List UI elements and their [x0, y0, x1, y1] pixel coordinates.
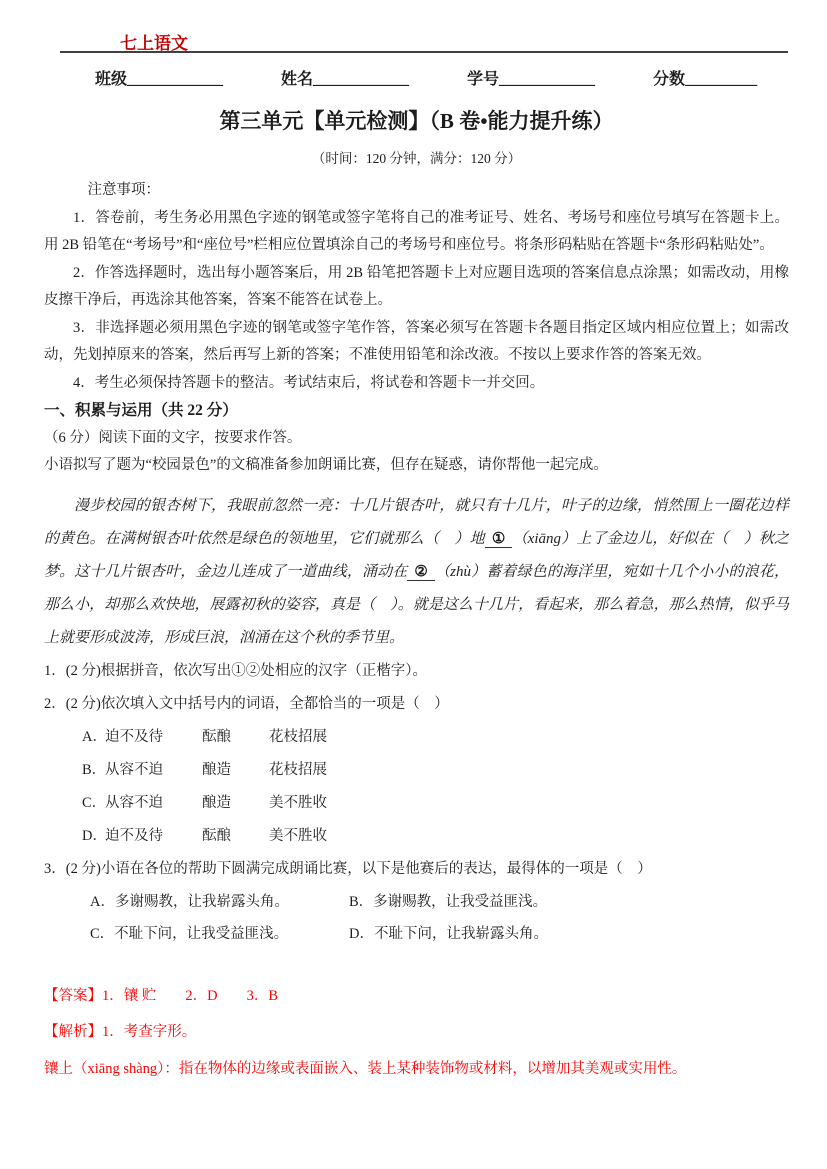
field-class: 班级____________ [95, 68, 223, 92]
question-2: 2．(2 分)依次填入文中括号内的词语，全都恰当的一项是（ ） [44, 688, 789, 721]
analysis-label: 【解析】 [44, 1024, 102, 1040]
exam-time-score: （时间：120 分钟，满分：120 分） [44, 149, 789, 169]
explanation-line: 镶上（xiāng shàng）：指在物体的边缘或表面嵌入、装上某种装饰物或材料，… [44, 1051, 789, 1088]
option-word-3: 美不胜收 [269, 828, 327, 844]
question-3-options-row-1: A．多谢赐教，让我崭露头角。 B．多谢赐教，让我受益匪浅。 [44, 886, 789, 918]
field-name-blank: ____________ [313, 71, 409, 88]
field-name: 姓名____________ [281, 68, 409, 92]
notice-item: 2．作答选择题时，选出每小题答案后，用 2B 铅笔把答题卡上对应题目选项的答案信… [44, 260, 789, 315]
pinyin-blank-1: ① [485, 531, 513, 548]
option-word-1: 从容不迫 [105, 787, 202, 820]
question-3-option-a: A．多谢赐教，让我崭露头角。 [90, 886, 349, 918]
question-3: 3．(2 分)小语在各位的帮助下圆满完成朗诵比赛，以下是他赛后的表达，最得体的一… [44, 853, 789, 886]
exam-title: 第三单元【单元检测】（B 卷•能力提升练） [44, 106, 789, 136]
section-heading: 一、积累与运用（共 22 分） [44, 397, 789, 425]
field-class-blank: ____________ [127, 71, 223, 88]
header-rule [60, 51, 788, 53]
answer-label: 【答案】 [44, 988, 102, 1004]
option-word-2: 酝酿 [202, 721, 269, 754]
option-word-3: 花枝招展 [269, 762, 327, 778]
option-label: B． [82, 754, 105, 787]
question-2-option-b: B．从容不迫酿造花枝招展 [44, 754, 789, 787]
notice-item: 4．考生必须保持答题卡的整洁。考试结束后，将试卷和答题卡一并交回。 [44, 370, 789, 398]
reading-passage: 漫步校园的银杏树下，我眼前忽然一亮：十几片银杏叶，就只有十几片，叶子的边缘，悄然… [44, 490, 789, 655]
field-score: 分数_________ [653, 68, 757, 92]
question-2-option-c: C．从容不迫酿造美不胜收 [44, 787, 789, 820]
exam-body: 班级____________ 姓名____________ 学号________… [44, 68, 789, 1087]
notice-heading: 注意事项： [44, 177, 789, 205]
question-2-option-d: D．迫不及待酝酿美不胜收 [44, 820, 789, 853]
option-word-2: 酿造 [202, 787, 269, 820]
option-word-3: 花枝招展 [269, 729, 327, 745]
section-intro-1: （6 分）阅读下面的文字，按要求作答。 [44, 425, 789, 453]
student-info-row: 班级____________ 姓名____________ 学号________… [44, 68, 789, 92]
analysis-line: 【解析】1．考查字形。 [44, 1014, 789, 1051]
question-3-option-d: D．不耻下问，让我崭露头角。 [349, 918, 548, 950]
field-student-id: 学号____________ [467, 68, 595, 92]
field-class-label: 班级 [95, 71, 127, 88]
option-label: D． [82, 820, 105, 853]
notice-item: 3．非选择题必须用黑色字迹的钢笔或签字笔作答，答案必须写在答题卡各题目指定区域内… [44, 315, 789, 370]
pinyin-blank-2: ② [407, 564, 435, 581]
answer-line: 【答案】1．镶 贮 2．D 3．B [44, 978, 789, 1015]
question-3-option-c: C．不耻下问，让我受益匪浅。 [90, 918, 349, 950]
option-word-2: 酿造 [202, 754, 269, 787]
option-label: A． [82, 721, 105, 754]
field-student-id-blank: ____________ [499, 71, 595, 88]
notice-item: 1．答卷前，考生务必用黑色字迹的钢笔或签字笔将自己的准考证号、姓名、考场号和座位… [44, 205, 789, 260]
analysis-text: 1．考查字形。 [102, 1024, 196, 1040]
option-word-2: 酝酿 [202, 820, 269, 853]
field-name-label: 姓名 [281, 71, 313, 88]
question-3-option-b: B．多谢赐教，让我受益匪浅。 [349, 886, 547, 918]
question-2-option-a: A．迫不及待酝酿花枝招展 [44, 721, 789, 754]
section-intro-2: 小语拟写了题为“校园景色”的文稿准备参加朗诵比赛，但存在疑惑，请你帮他一起完成。 [44, 452, 789, 480]
option-word-1: 迫不及待 [105, 721, 202, 754]
field-score-label: 分数 [653, 71, 685, 88]
question-3-options-row-2: C．不耻下问，让我受益匪浅。 D．不耻下问，让我崭露头角。 [44, 918, 789, 950]
question-1: 1．(2 分)根据拼音，依次写出①②处相应的汉字（正楷字）。 [44, 655, 789, 688]
field-score-blank: _________ [685, 71, 757, 88]
option-word-1: 从容不迫 [105, 754, 202, 787]
answer-text: 1．镶 贮 2．D 3．B [102, 988, 278, 1004]
field-student-id-label: 学号 [467, 71, 499, 88]
exam-page: 七上语文 班级____________ 姓名____________ 学号___… [0, 0, 827, 1169]
option-label: C． [82, 787, 105, 820]
option-word-1: 迫不及待 [105, 820, 202, 853]
answer-key-section: 【答案】1．镶 贮 2．D 3．B 【解析】1．考查字形。 镶上（xiāng s… [44, 978, 789, 1088]
option-word-3: 美不胜收 [269, 795, 327, 811]
notice-section: 注意事项： 1．答卷前，考生务必用黑色字迹的钢笔或签字笔将自己的准考证号、姓名、… [44, 177, 789, 397]
